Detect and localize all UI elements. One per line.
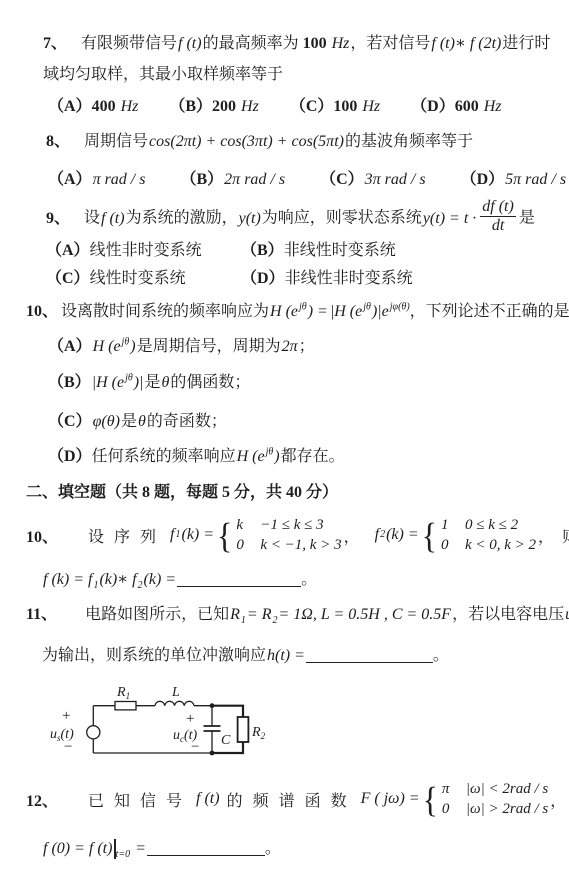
q7-option-c-value: 100: [333, 98, 357, 115]
q10-a-text-1: 是周期信号，周期为: [137, 338, 281, 355]
q12-case1-cond: |ω| < 2rad / s: [466, 781, 548, 798]
q10-b-text-1: 是: [145, 374, 161, 391]
q12-period: 。: [265, 840, 281, 857]
case-row: k−1 ≤ k ≤ 3: [236, 517, 341, 534]
q10-c-text-2: 的奇函数；: [147, 413, 227, 430]
q7-text-3: ，若对信号: [350, 35, 430, 52]
wire-thick: [212, 706, 243, 717]
q9-option-a-text: 线性非时变系统: [90, 242, 202, 259]
section-2-title: 二、填空题（共 8 题，每题 5 分，共 40 分）: [26, 484, 338, 501]
q10-option-b-label: （B）: [48, 374, 91, 391]
q7-option-b-value: 200: [212, 98, 236, 115]
case-row: 10 ≤ k ≤ 2: [441, 517, 536, 534]
q7-option-c: （C）100 Hz: [290, 98, 381, 115]
question-12-line-2: f (0) = f (t)t=0 =。: [42, 838, 281, 859]
q9-math-ft: f (t): [100, 210, 126, 227]
q9-text-4: 是: [519, 210, 535, 227]
r2-symbol: R: [251, 725, 261, 740]
q10f-comma: ，: [344, 524, 360, 547]
q8-option-d: （D）5π rad / s: [461, 171, 567, 188]
q11-answer-blank: [306, 653, 433, 663]
q10f-answer-blank: [177, 577, 301, 587]
q10-math-h1: H (e: [269, 303, 299, 320]
q10-option-c-label: （C）: [48, 413, 92, 430]
source-plus-sign: +: [62, 708, 70, 724]
q10f-f1-cases: k−1 ≤ k ≤ 30k < −1, k > 3: [236, 517, 341, 554]
question-7-line-1: 7、有限频带信号f (t)的最高频率为 100 Hz，若对信号f (t)∗ f …: [43, 33, 550, 54]
question-9-options-row-2: （C）线性时变系统 （D）非线性非时变系统: [46, 268, 413, 289]
q10-b-math-3: θ: [161, 374, 171, 391]
q12-answer-blank: [147, 846, 265, 856]
question-9-number: 9、: [46, 210, 70, 227]
q8-math-cos: cos(2πt) + cos(3πt) + cos(5πt): [148, 133, 345, 150]
q8-option-b-label: （B）: [180, 171, 223, 188]
q10f-result-3: (k) =: [143, 571, 178, 588]
question-10-number: 10、: [26, 303, 58, 320]
q12-case2-value: 0: [442, 801, 466, 818]
q9-option-d: （D）非线性非时变系统: [241, 270, 413, 287]
q10-option-a-label: （A）: [48, 338, 92, 355]
capacitor-label: C: [221, 733, 231, 748]
q10-option-a: （A）H (ejθ)是周期信号，周期为2π；: [48, 336, 315, 357]
q10f-f1-case2-value: 0: [236, 537, 260, 554]
q12-text-1: 已 知 信 号: [88, 788, 185, 811]
q9-fraction-numerator: df (t): [480, 198, 516, 217]
q8-option-a-value: π rad / s: [92, 171, 147, 188]
r2-subscript: 2: [261, 731, 266, 741]
q11-math-uc: u: [564, 606, 569, 623]
q12-math-spectrum: F ( jω) =: [360, 790, 421, 808]
r1-label: R1: [116, 685, 130, 701]
question-9-line-1: 9、设f (t)为系统的激励，y(t)为响应，则零状态系统y(t) = t ·d…: [46, 200, 535, 238]
q9-option-d-label: （D）: [241, 270, 285, 287]
q12-equals: =: [134, 840, 147, 857]
q12-text-2: 的 频 谱 函 数: [227, 788, 350, 811]
q10f-f2-case1-cond: 0 ≤ k ≤ 2: [465, 517, 518, 534]
q9-text-3: 为响应，则零状态系统: [262, 210, 422, 227]
q7-option-d-value: 600: [455, 98, 479, 115]
r2-label: R2: [251, 725, 266, 741]
question-11-number: 11、: [26, 606, 57, 623]
resistor-r1-symbol: [115, 702, 136, 710]
r1-subscript: 1: [126, 691, 131, 701]
q10-a-text-2: ；: [299, 338, 315, 355]
q10-option-b: （B）|H (ejθ)|是θ的偶函数；: [48, 372, 250, 393]
q10f-f2-case1-value: 1: [441, 517, 465, 534]
question-9-options-row-1: （A）线性非时变系统 （B）非线性时变系统: [46, 240, 396, 261]
q9-option-c-label: （C）: [46, 270, 90, 287]
case-row: π|ω| < 2rad / s: [442, 781, 548, 798]
source-minus-sign: −: [64, 739, 72, 755]
q7-freq-value: 100: [303, 35, 327, 52]
question-12-line-1: 12、已 知 信 号f (t)的 频 谱 函 数F ( jω) ={π|ω| <…: [26, 779, 569, 819]
q11-math-values: = 1Ω, L = 0.5H , C = 0.5F: [278, 606, 453, 623]
q7-option-d-unit: Hz: [483, 98, 503, 115]
question-8-options: （A）π rad / s （B）2π rad / s （C）3π rad / s…: [48, 169, 569, 190]
left-brace: {: [423, 779, 438, 819]
q10f-f2-case2-value: 0: [441, 537, 465, 554]
q11-text-3: 为输出，则系统的单位冲激响应: [42, 647, 266, 664]
q10f-result-1: f (k) = f: [42, 571, 93, 588]
question-11-line-2: 为输出，则系统的单位冲激响应h(t) =。: [42, 645, 449, 666]
q12-piecewise: {π|ω| < 2rad / s0|ω| > 2rad / s: [423, 781, 549, 818]
inductor-symbol: [155, 701, 194, 705]
question-7-line-2: 域均匀取样，其最小取样频率等于: [43, 64, 283, 85]
q10-option-c: （C）φ(θ)是θ的奇函数；: [48, 411, 227, 432]
circuit-labels: + us(t) − R1 L + uc(t) − C R2: [50, 685, 266, 755]
q10f-f2-piecewise: {10 ≤ k ≤ 20k < 0, k > 2: [422, 517, 536, 554]
question-10-line-1: 10、设离散时间系统的频率响应为H (ejθ) =|H (ejθ)|ejφ(θ)…: [26, 301, 569, 322]
q10-sup-1: jθ: [299, 302, 307, 313]
q10-c-math-2: θ: [137, 413, 147, 430]
q10-a-math-3: 2π: [281, 338, 299, 355]
q10-sup-3: jφ(θ): [390, 302, 410, 313]
q8-option-c-label: （C）: [320, 171, 364, 188]
q10-b-sup: jθ: [125, 373, 133, 384]
junction-dot: [210, 703, 215, 708]
q7-freq-unit: Hz: [331, 35, 351, 52]
q12-then: ， 则: [550, 788, 569, 811]
q12-cases: π|ω| < 2rad / s0|ω| > 2rad / s: [442, 781, 548, 818]
question-8-line-1: 8、周期信号cos(2πt) + cos(3πt) + cos(5πt)的基波角…: [46, 131, 473, 152]
q10-sup-2: jθ: [363, 302, 371, 313]
q10f-f1-piecewise: {k−1 ≤ k ≤ 30k < −1, k > 3: [217, 517, 342, 554]
q10f-f2-eq: (k) =: [385, 526, 420, 544]
q8-option-b-value: 2π rad / s: [223, 171, 286, 188]
q7-option-a-unit: Hz: [120, 98, 140, 115]
q9-fraction-dfdt: df (t)dt: [480, 198, 516, 236]
q7-option-a-value: 400: [92, 98, 116, 115]
q11-text-1: 电路如图所示，已知: [85, 606, 229, 623]
q7-option-d: （D）600 Hz: [411, 98, 502, 115]
question-10-fill-line-1: 10、设 序 列f1(k) ={k−1 ≤ k ≤ 30k < −1, k > …: [26, 513, 569, 557]
q10f-result-2: (k)∗ f: [98, 571, 137, 588]
q10f-result-sub2: 2: [138, 580, 143, 591]
circuit-diagram: + us(t) − R1 L + uc(t) − C R2: [40, 683, 285, 787]
q9-math-system: y(t) = t ·: [422, 210, 477, 227]
q8-option-b: （B）2π rad / s: [180, 171, 286, 188]
q10-math-h4: )|e: [371, 303, 390, 320]
q7-option-b: （B）200 Hz: [169, 98, 259, 115]
q9-option-d-text: 非线性非时变系统: [285, 270, 413, 287]
q10-a-math-2: ): [129, 338, 136, 355]
q10-text-1: 设离散时间系统的频率响应为: [61, 303, 269, 320]
q11-math-r2: = R: [246, 606, 273, 623]
case-row: 0|ω| > 2rad / s: [442, 801, 548, 818]
voltage-source-symbol: [87, 726, 100, 739]
resistor-r2-symbol: [238, 717, 249, 742]
q9-text-1: 设: [84, 210, 100, 227]
q7-option-b-label: （B）: [169, 98, 212, 115]
case-row: 0k < 0, k > 2: [441, 537, 536, 554]
q12-eval-subscript: t=0: [116, 849, 131, 860]
question-10f-number: 10、: [26, 524, 58, 547]
q10-option-d-label: （D）: [48, 448, 92, 465]
q7-text-4: 进行时: [502, 35, 550, 52]
us-symbol: u: [50, 727, 57, 742]
junction-dot: [210, 751, 215, 756]
q7-text-1: 有限频带信号: [81, 35, 177, 52]
q10-b-math-2: )|: [133, 374, 145, 391]
q7-option-a: （A）400 Hz: [48, 98, 139, 115]
q10-a-math-1: H (e: [92, 338, 122, 355]
q8-option-d-label: （D）: [461, 171, 505, 188]
q10-d-text-2: 都存在。: [281, 448, 345, 465]
q8-option-d-value: 5π rad / s: [504, 171, 567, 188]
q10-d-math-2: ): [273, 448, 280, 465]
left-brace: {: [217, 515, 232, 555]
inductor-label: L: [171, 685, 180, 700]
q11-math-ht: h(t) =: [266, 647, 306, 664]
q10-b-math-1: |H (e: [91, 374, 125, 391]
q10f-text-1: 设 序 列: [88, 524, 159, 547]
q10-option-d: （D）任何系统的频率响应H (ejθ)都存在。: [48, 446, 345, 467]
q8-option-c: （C）3π rad / s: [320, 171, 426, 188]
q12-result-expr: f (0) = f (t): [42, 840, 113, 857]
question-7-options: （A）400 Hz （B）200 Hz （C）100 Hz （D）600 Hz: [48, 96, 529, 117]
q10-math-h3: |H (e: [329, 303, 363, 320]
q10f-period: 。: [301, 571, 317, 588]
q11-period: 。: [433, 647, 449, 664]
q12-case1-value: π: [442, 781, 466, 798]
q10-text-2: ，下列论述不正确的是: [410, 303, 569, 320]
q8-option-a: （A）π rad / s: [48, 171, 146, 188]
q10f-f1-eq: (k) =: [180, 526, 215, 544]
q11-text-2: ，若以电容电压: [452, 606, 564, 623]
q9-option-a: （A）线性非时变系统: [46, 240, 237, 261]
q8-text-2: 的基波角频率等于: [345, 133, 473, 150]
q8-option-c-value: 3π rad / s: [364, 171, 427, 188]
q9-math-yt: y(t): [238, 210, 262, 227]
q7-math-conv: f (t)∗ f (2t): [430, 35, 502, 52]
capacitor-minus-sign: −: [191, 739, 199, 755]
section-2-header: 二、填空题（共 8 题，每题 5 分，共 40 分）: [26, 482, 338, 503]
q10f-then: ， 则: [538, 524, 569, 547]
q9-fraction-denominator: dt: [480, 217, 516, 235]
q7-math-ft: f (t): [177, 35, 203, 52]
q10f-f1-case2-cond: k < −1, k > 3: [260, 537, 341, 554]
q7-line2-text: 域均匀取样，其最小取样频率等于: [43, 66, 283, 83]
q10f-f1-case1-value: k: [236, 517, 260, 534]
q10-d-math-1: H (e: [236, 448, 266, 465]
question-11-line-1: 11、电路如图所示，已知R1= R2= 1Ω, L = 0.5H , C = 0…: [26, 604, 569, 625]
q9-option-c-text: 线性时变系统: [90, 270, 186, 287]
q10f-f1-case1-cond: −1 ≤ k ≤ 3: [260, 517, 323, 534]
r1-symbol: R: [116, 685, 126, 700]
left-brace: {: [422, 515, 437, 555]
case-row: 0k < −1, k > 3: [236, 537, 341, 554]
uc-symbol: u: [173, 728, 180, 743]
q7-text-2: 的最高频率为: [203, 35, 299, 52]
question-10-fill-line-2: f (k) = f1(k)∗ f2(k) =。: [42, 569, 317, 590]
q12-case2-cond: |ω| > 2rad / s: [466, 801, 548, 818]
q10-b-text-2: 的偶函数；: [170, 374, 250, 391]
question-8-number: 8、: [46, 133, 70, 150]
q9-text-2: 为系统的激励，: [126, 210, 238, 227]
q7-option-a-label: （A）: [48, 98, 92, 115]
q10f-f2-case2-cond: k < 0, k > 2: [465, 537, 536, 554]
q10-c-text-1: 是: [121, 413, 137, 430]
q10-math-h2: ) =: [307, 303, 329, 320]
q9-option-b-label: （B）: [241, 242, 284, 259]
capacitor-plus-sign: +: [186, 711, 194, 727]
question-12-number: 12、: [26, 788, 58, 811]
q11-sub-2: 2: [273, 615, 278, 626]
q10f-f2-cases: 10 ≤ k ≤ 20k < 0, k > 2: [441, 517, 536, 554]
q7-option-d-label: （D）: [411, 98, 455, 115]
q11-math-r1: R: [229, 606, 241, 623]
q10-d-text-1: 任何系统的频率响应: [92, 448, 236, 465]
q7-option-c-unit: Hz: [361, 98, 381, 115]
q7-option-b-unit: Hz: [240, 98, 260, 115]
q8-option-a-label: （A）: [48, 171, 92, 188]
q7-option-c-label: （C）: [290, 98, 334, 115]
q9-option-b-text: 非线性时变系统: [284, 242, 396, 259]
q8-text-1: 周期信号: [84, 133, 148, 150]
question-7-number: 7、: [43, 35, 67, 52]
q9-option-a-label: （A）: [46, 242, 90, 259]
q9-option-b: （B）非线性时变系统: [241, 242, 396, 259]
q10-c-math-1: φ(θ): [92, 413, 121, 430]
q9-option-c: （C）线性时变系统: [46, 268, 237, 289]
q12-math-ft: f (t): [195, 790, 221, 808]
